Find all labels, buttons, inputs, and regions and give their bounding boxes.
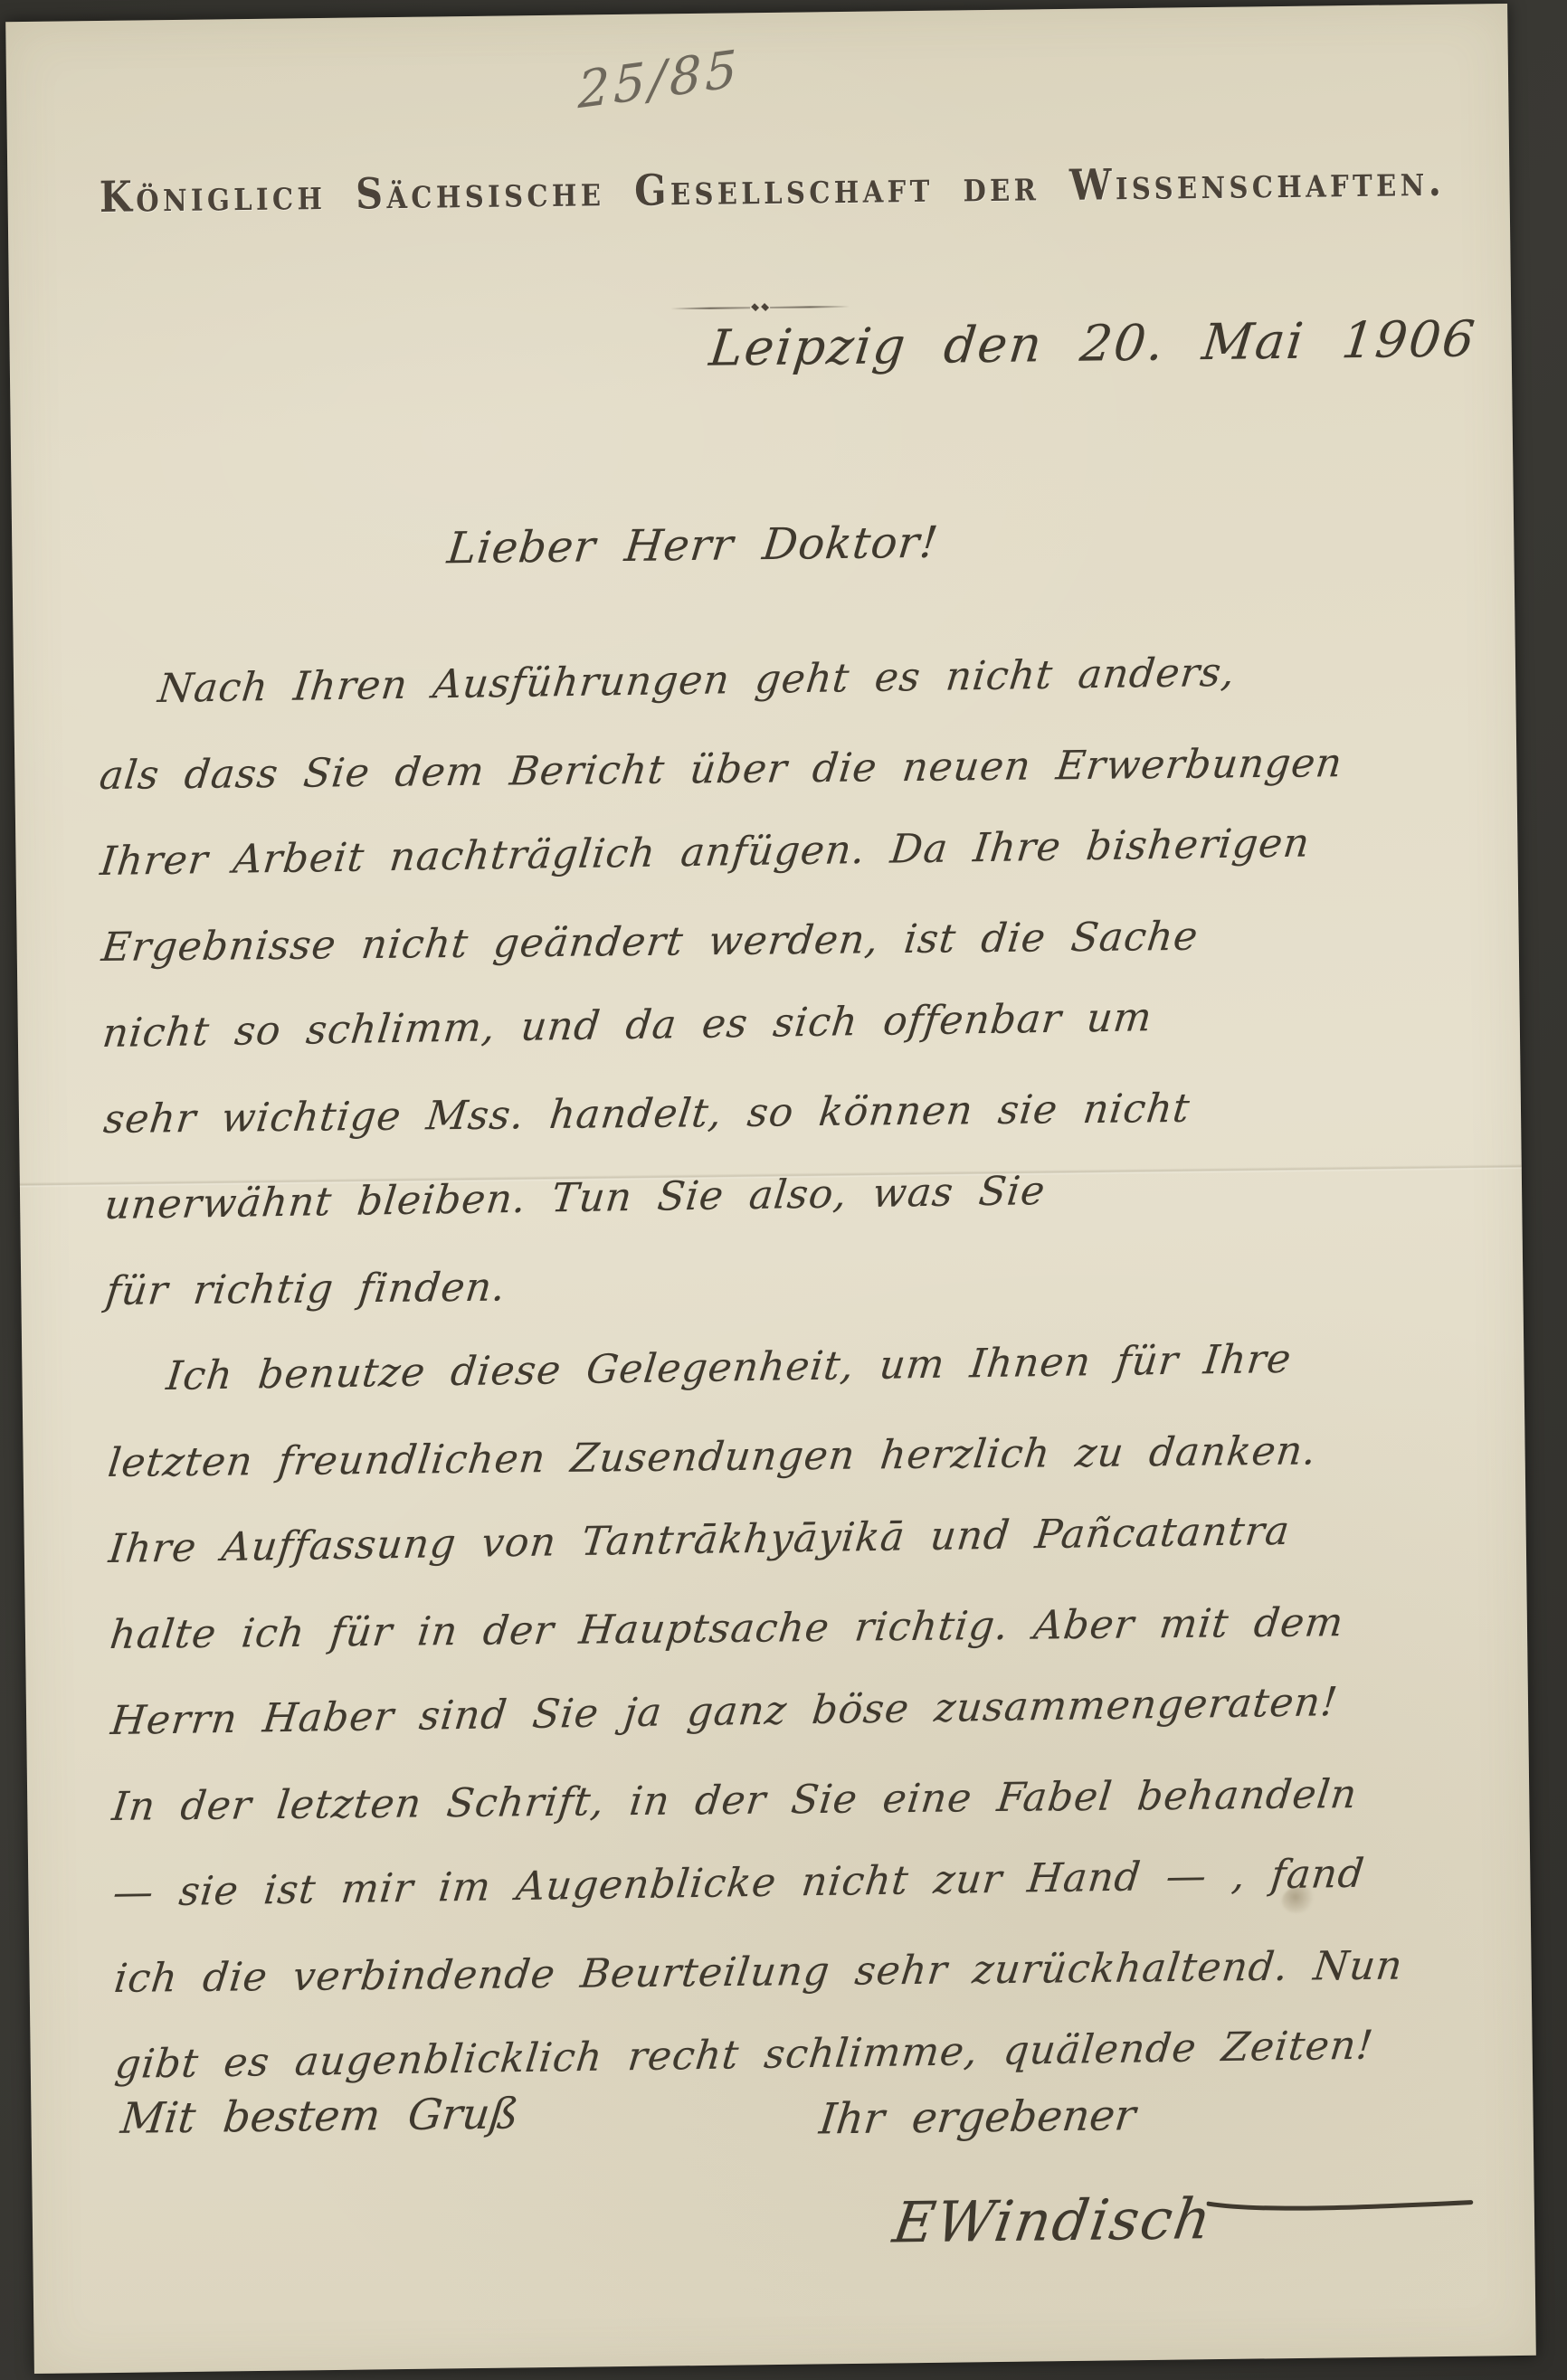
letter-paper: 25/85 Königlich Sächsische Gesellschaft … xyxy=(5,4,1536,2374)
letterhead: Königlich Sächsische Gesellschaft der Wi… xyxy=(7,156,1510,223)
divider-dot xyxy=(751,303,759,311)
divider-line-right xyxy=(770,305,850,308)
dateline: Leipzig den 20. Mai 1906 xyxy=(707,309,1479,376)
signature-flourish xyxy=(1206,2183,1477,2223)
divider-dot xyxy=(761,303,769,311)
salutation: Lieber Herr Doktor! xyxy=(445,517,941,574)
signature-row: EWindisch xyxy=(894,2183,1478,2256)
divider-line-left xyxy=(670,307,750,309)
letter-line: Nach Ihren Ausführungen geht es nicht an… xyxy=(94,626,1468,733)
scan-background: 25/85 Königlich Sächsische Gesellschaft … xyxy=(0,0,1567,2380)
signature: EWindisch xyxy=(889,2186,1217,2255)
archival-number: 25/85 xyxy=(578,11,955,121)
closing-right: Ihr ergebener xyxy=(817,2091,1138,2144)
closing-left: Mit bestem Gruß xyxy=(119,2089,521,2143)
letterhead-text: Königlich Sächsische Gesellschaft der Wi… xyxy=(100,156,1446,223)
letter-body: Nach Ihren Ausführungen geht es nicht an… xyxy=(93,631,1476,2108)
